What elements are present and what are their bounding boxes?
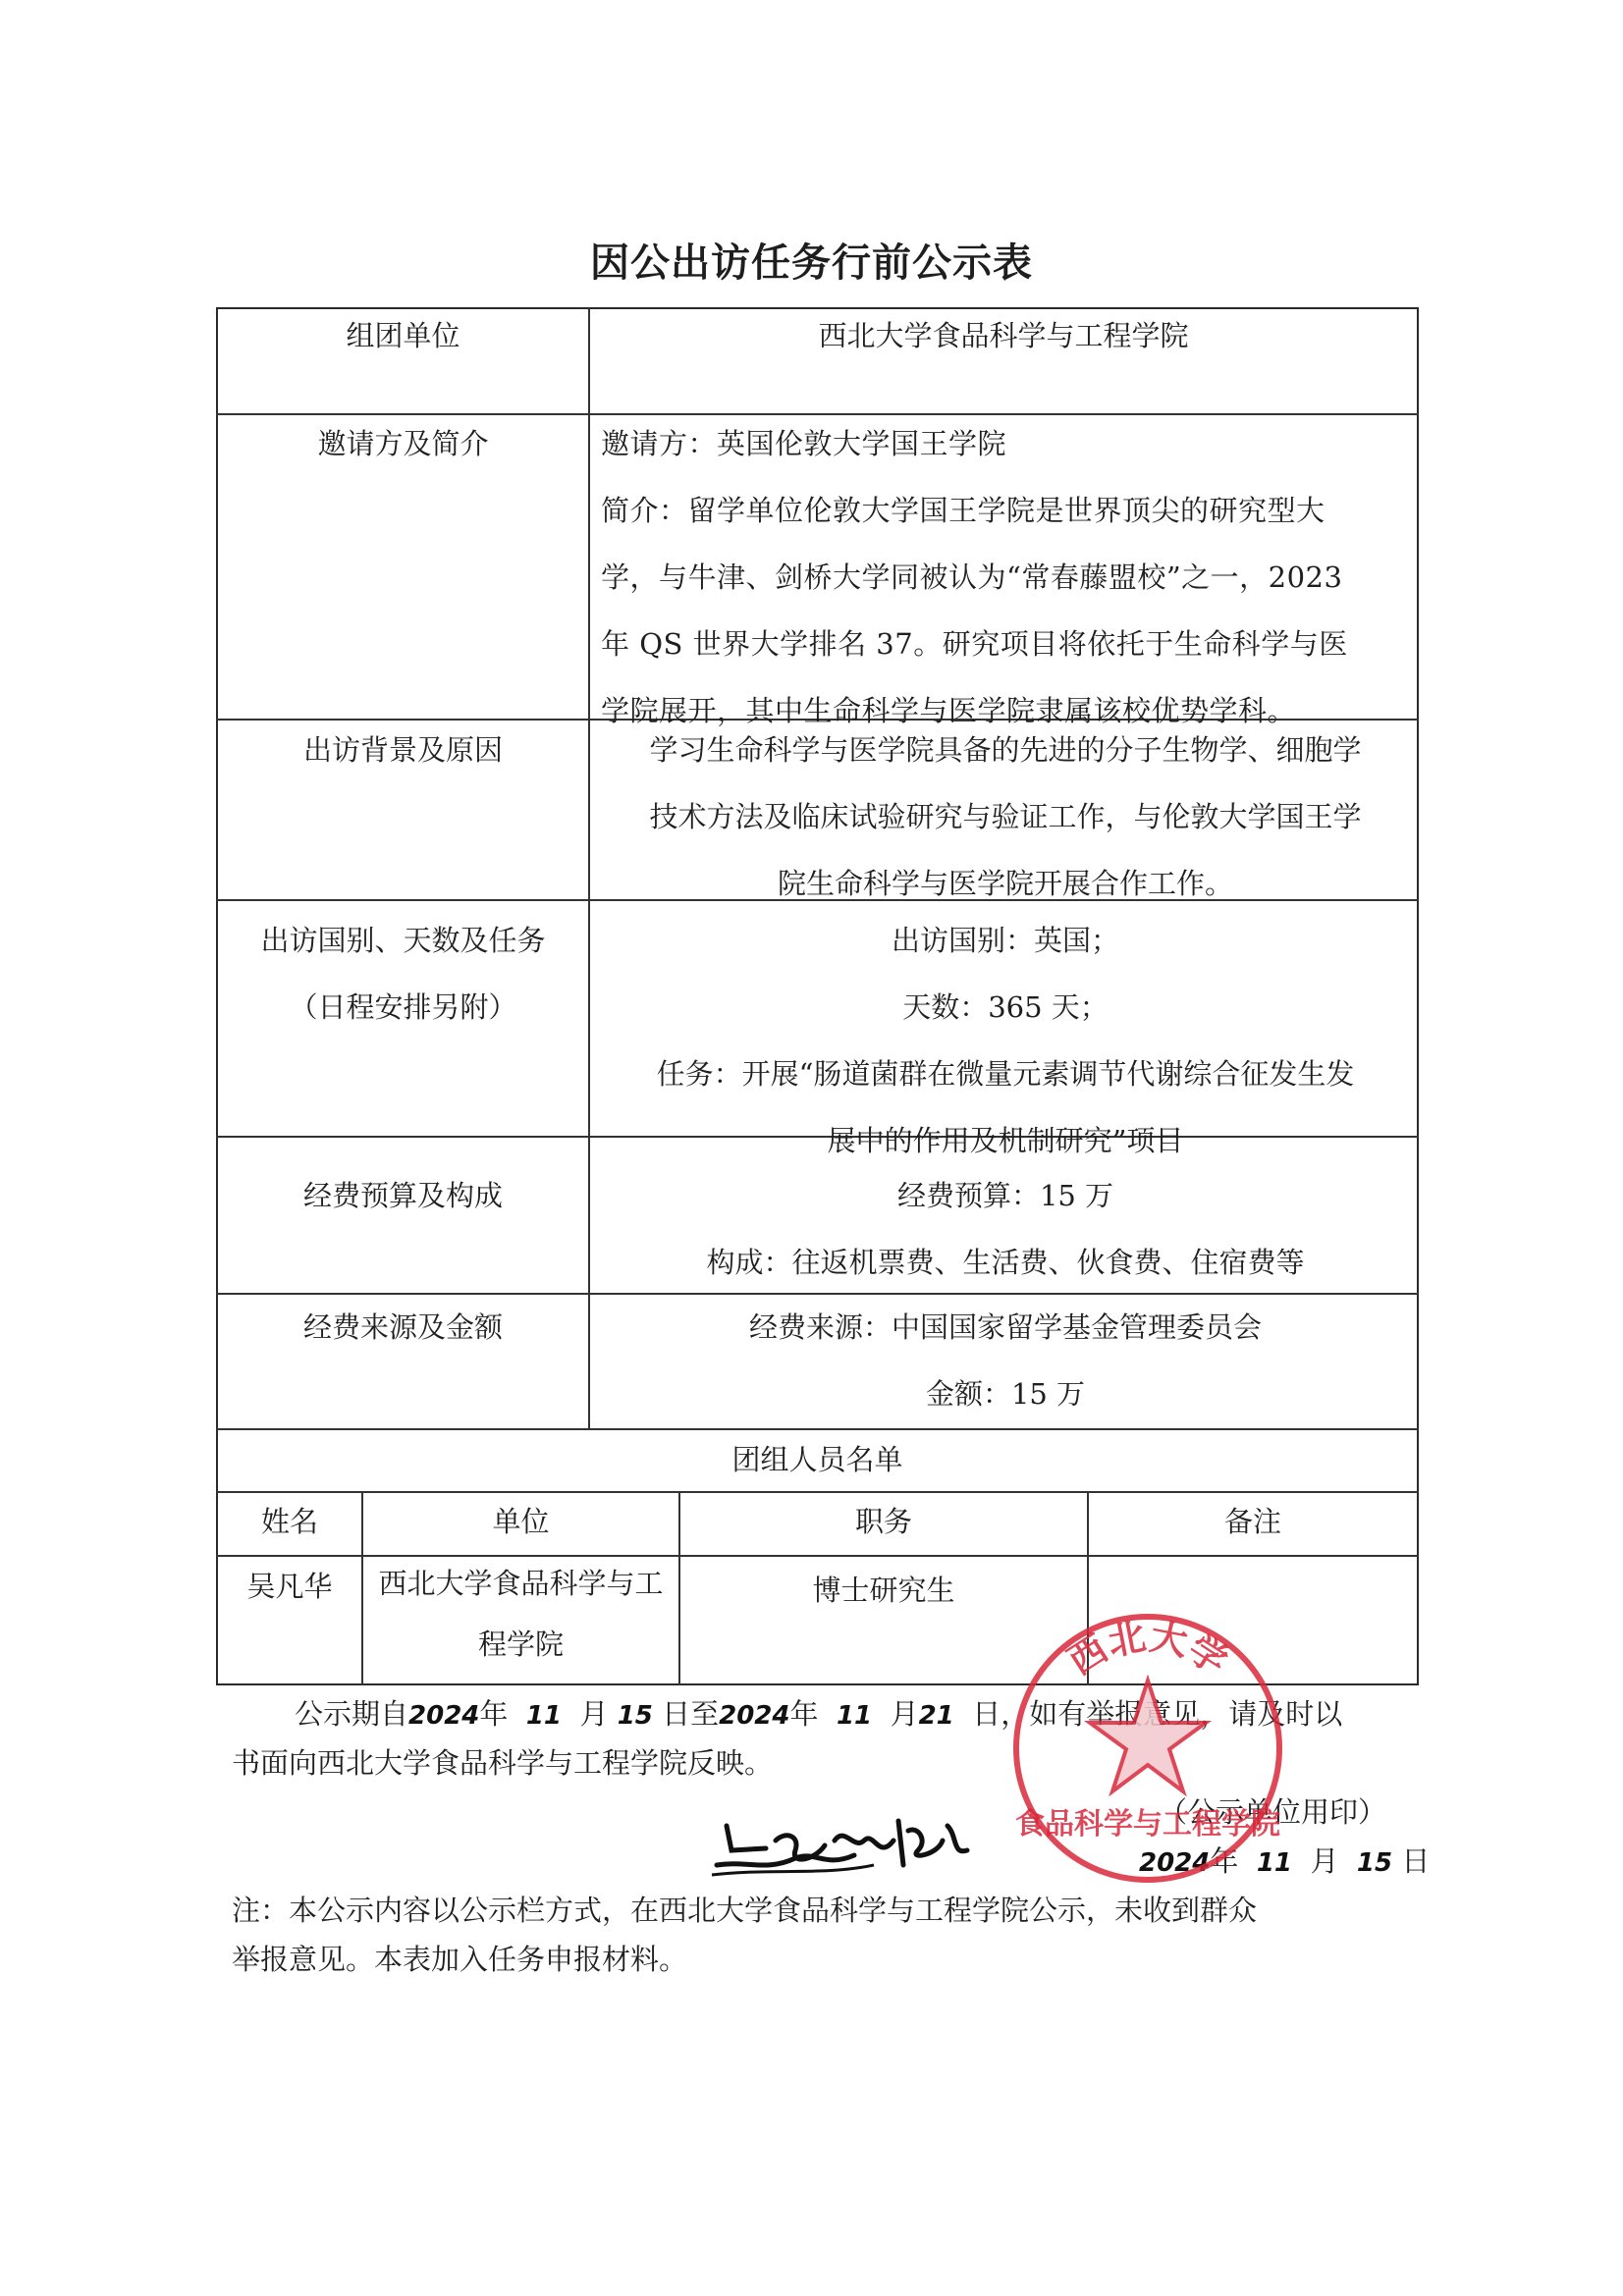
row-inviter-value: 邀请方：英国伦敦大学国王学院 简介：留学单位伦敦大学国王学院是世界顶尖的研究型大… xyxy=(601,410,1416,744)
day-label: 日 xyxy=(972,1697,1001,1731)
member-header-unit: 单位 xyxy=(363,1488,678,1555)
month-label: 月 xyxy=(891,1697,919,1731)
value-line: 简介：留学单位伦敦大学国王学院是世界顶尖的研究型大 xyxy=(601,477,1416,544)
row-organizer-label: 组团单位 xyxy=(218,302,588,369)
value-line: 邀请方：英国伦敦大学国王学院 xyxy=(601,410,1416,477)
period-prefix: 公示期自 xyxy=(295,1697,408,1731)
row-destination-label: 出访国别、天数及任务 （日程安排另附） xyxy=(218,907,588,1041)
label-line: 出访国别、天数及任务 xyxy=(218,907,588,974)
value-line: 出访国别：英国； xyxy=(594,907,1417,974)
row-budget-label: 经费预算及构成 xyxy=(218,1162,588,1229)
members-section-title: 团组人员名单 xyxy=(218,1426,1417,1493)
column-header: 单位 xyxy=(363,1488,678,1555)
end-month: 11 xyxy=(837,1701,872,1731)
label-line: 经费预算及构成 xyxy=(218,1162,588,1229)
section-title-text: 团组人员名单 xyxy=(218,1426,1417,1493)
cell-text: 程学院 xyxy=(363,1614,678,1675)
svg-text:西北大学: 西北大学 xyxy=(1060,1615,1235,1683)
year-label: 年 xyxy=(790,1697,819,1731)
value-line: 构成：往返机票费、生活费、伙食费、住宿费等 xyxy=(594,1229,1417,1296)
member-unit: 西北大学食品科学与工 程学院 xyxy=(363,1553,678,1675)
value-line: 任务：开展“肠道菌群在微量元素调节代谢综合征发生发 xyxy=(594,1041,1417,1107)
row-funding-value: 经费来源：中国国家留学基金管理委员会 金额：15 万 xyxy=(594,1294,1417,1427)
row-budget-value: 经费预算：15 万 构成：往返机票费、生活费、伙食费、住宿费等 xyxy=(594,1162,1417,1296)
value-line: 金额：15 万 xyxy=(594,1361,1417,1427)
official-stamp-icon: 西北大学 食品科学与工程学院 xyxy=(1009,1610,1286,1887)
label-line: 邀请方及简介 xyxy=(218,410,588,477)
column-header: 职务 xyxy=(680,1488,1087,1555)
column-header: 姓名 xyxy=(218,1488,361,1555)
value-line: 经费预算：15 万 xyxy=(594,1162,1417,1229)
stamp-inner-text: 食品科学与工程学院 xyxy=(1015,1807,1280,1842)
start-day: 15 xyxy=(618,1701,653,1731)
end-year: 2024 xyxy=(719,1701,789,1731)
column-header: 备注 xyxy=(1089,1488,1417,1555)
cell-text: 西北大学食品科学与工 xyxy=(363,1553,678,1614)
member-header-position: 职务 xyxy=(680,1488,1087,1555)
stamp-outer-text: 西北大学 xyxy=(1060,1615,1235,1683)
label-line: 组团单位 xyxy=(218,302,588,369)
row-funding-label: 经费来源及金额 xyxy=(218,1294,588,1361)
member-header-remark: 备注 xyxy=(1089,1488,1417,1555)
cell-text: 吴凡华 xyxy=(218,1553,361,1620)
value-line: 技术方法及临床试验研究与验证工作，与伦敦大学国王学 xyxy=(594,783,1417,850)
label-line: 出访背景及原因 xyxy=(218,717,588,783)
day-label: 日 xyxy=(1401,1844,1430,1878)
document-title: 因公出访任务行前公示表 xyxy=(0,232,1623,288)
start-year: 2024 xyxy=(408,1701,479,1731)
row-background-label: 出访背景及原因 xyxy=(218,717,588,783)
year-label: 年 xyxy=(479,1697,508,1731)
value-line: 西北大学食品科学与工程学院 xyxy=(590,302,1417,369)
main-table-column-divider xyxy=(588,307,590,1429)
start-month: 11 xyxy=(526,1701,562,1731)
month-label: 月 xyxy=(579,1697,608,1731)
value-line: 学，与牛津、剑桥大学同被认为“常春藤盟校”之一，2023 xyxy=(601,544,1416,611)
end-day: 21 xyxy=(919,1701,954,1731)
value-line: 学习生命科学与医学院具备的先进的分子生物学、细胞学 xyxy=(594,717,1417,783)
label-line: 经费来源及金额 xyxy=(218,1294,588,1361)
note-line-1: 注：本公示内容以公示栏方式，在西北大学食品科学与工程学院公示，未收到群众 xyxy=(232,1887,1257,1934)
sign-day: 15 xyxy=(1357,1848,1392,1878)
value-line: 天数：365 天； xyxy=(594,974,1417,1041)
label-line: （日程安排另附） xyxy=(218,974,588,1041)
value-line: 年 QS 世界大学排名 37。研究项目将依托于生命科学与医 xyxy=(601,611,1416,677)
member-name: 吴凡华 xyxy=(218,1553,361,1620)
row-destination-value: 出访国别：英国； 天数：365 天； 任务：开展“肠道菌群在微量元素调节代谢综合… xyxy=(594,907,1417,1174)
note-line-2: 举报意见。本表加入任务申报材料。 xyxy=(232,1936,687,1983)
row-inviter-label: 邀请方及简介 xyxy=(218,410,588,477)
member-header-name: 姓名 xyxy=(218,1488,361,1555)
row-organizer-value: 西北大学食品科学与工程学院 xyxy=(590,302,1417,369)
month-label: 月 xyxy=(1310,1844,1338,1878)
notice-line-2: 书面向西北大学食品科学与工程学院反映。 xyxy=(232,1739,773,1787)
value-line: 经费来源：中国国家留学基金管理委员会 xyxy=(594,1294,1417,1361)
to-label: 日至 xyxy=(662,1697,719,1731)
row-background-value: 学习生命科学与医学院具备的先进的分子生物学、细胞学 技术方法及临床试验研究与验证… xyxy=(594,717,1417,917)
